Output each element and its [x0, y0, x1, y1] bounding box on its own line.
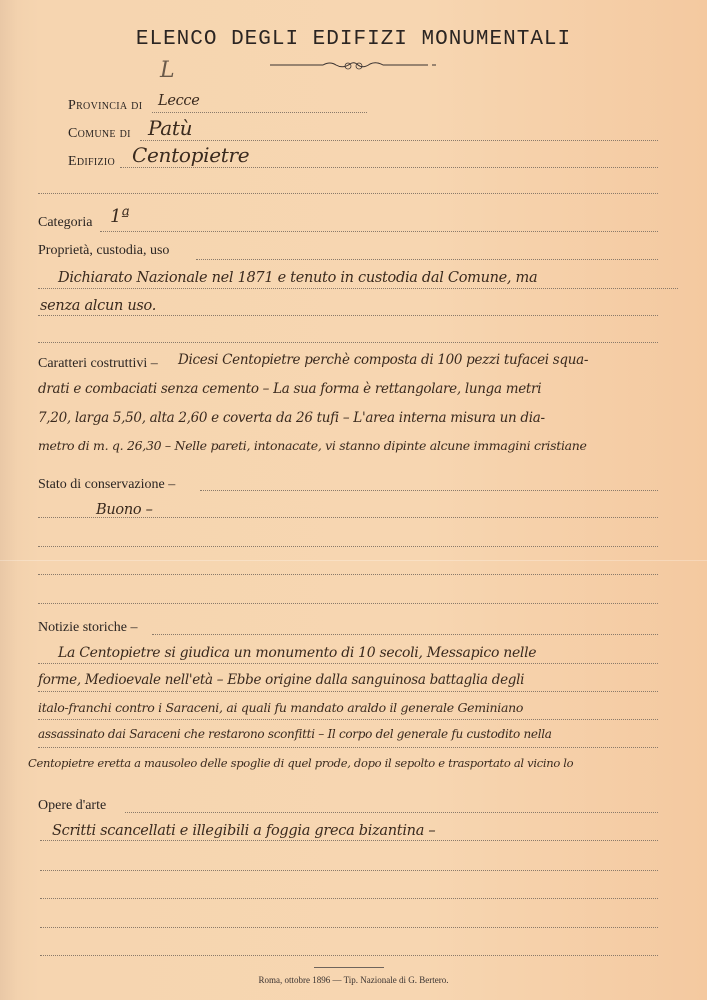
comune-line: [140, 140, 658, 141]
notizie-text-4: Centopietre eretta a mausoleo delle spog…: [28, 756, 573, 770]
proprieta-line-3: [38, 342, 658, 343]
ornament-flourish-icon: [268, 58, 438, 72]
monument-form-page: ELENCO DEGLI EDIFIZI MONUMENTALI L Provi…: [0, 0, 707, 1000]
notizie-line-1: [38, 663, 658, 664]
provincia-value: Lecce: [158, 93, 200, 109]
stato-line-3: [38, 574, 658, 575]
caratteri-text-0: Dicesi Centopietre perchè composta di 10…: [178, 352, 588, 368]
notizie-line-2: [38, 691, 658, 692]
proprieta-line-1: [38, 288, 678, 289]
opere-line-5: [40, 955, 658, 956]
caratteri-text-2: 7,20, larga 5,50, alta 2,60 e coverta da…: [38, 410, 545, 426]
stato-label: Stato di conservazione –: [38, 477, 175, 493]
caratteri-label: Caratteri costruttivi –: [38, 356, 158, 372]
categoria-value: 1ª: [110, 206, 129, 227]
footer-rule: [314, 967, 384, 968]
categoria-line: [100, 231, 658, 232]
notizie-text-0: La Centopietre si giudica un monumento d…: [58, 645, 536, 661]
notizie-line-3: [38, 719, 658, 720]
notizie-label: Notizie storiche –: [38, 620, 138, 636]
opere-line-2: [40, 870, 658, 871]
proprieta-line-0: [196, 259, 658, 260]
stato-text-0: Buono –: [96, 502, 153, 518]
proprieta-text-0: Dichiarato Nazionale nel 1871 e tenuto i…: [58, 270, 537, 286]
opere-text-0: Scritti scancellati e illegibili a foggi…: [52, 823, 435, 839]
edifizio-label: Edifizio: [68, 154, 115, 170]
stato-line-4: [38, 603, 658, 604]
comune-value: Patù: [148, 116, 192, 140]
proprieta-text-1: senza alcun uso.: [40, 298, 156, 314]
paper-crease: [0, 560, 707, 561]
separator-line: [38, 193, 658, 194]
printer-imprint: Roma, ottobre 1896 — Tip. Nazionale di G…: [0, 975, 707, 985]
caratteri-text-3: metro di m. q. 26,30 – Nelle pareti, int…: [38, 438, 587, 453]
notizie-line-0: [152, 634, 658, 635]
proprieta-label: Proprietà, custodia, uso: [38, 243, 169, 259]
stato-line-1: [38, 517, 658, 518]
comune-label: Comune di: [68, 126, 131, 142]
categoria-label: Categoria: [38, 215, 92, 231]
provincia-label: Provincia di: [68, 98, 142, 114]
provincia-annotation: L: [160, 58, 174, 83]
notizie-text-2: italo-franchi contro i Saraceni, ai qual…: [38, 700, 523, 715]
notizie-text-1: forme, Medioevale nell'età – Ebbe origin…: [38, 672, 524, 688]
notizie-line-4: [38, 747, 658, 748]
caratteri-text-1: drati e combaciati senza cemento – La su…: [38, 381, 541, 397]
provincia-line: [152, 112, 367, 113]
opere-label: Opere d'arte: [38, 798, 106, 814]
edifizio-value: Centopietre: [132, 143, 249, 167]
edifizio-line: [120, 167, 658, 168]
opere-line-4: [40, 927, 658, 928]
proprieta-line-2: [38, 315, 658, 316]
form-title: ELENCO DEGLI EDIFIZI MONUMENTALI: [0, 28, 707, 51]
opere-line-1: [40, 840, 658, 841]
stato-line-2: [38, 546, 658, 547]
stato-line-0: [200, 490, 658, 491]
opere-line-0: [125, 812, 658, 813]
notizie-text-3: assassinato dai Saraceni che restarono s…: [38, 727, 552, 741]
opere-line-3: [40, 898, 658, 899]
